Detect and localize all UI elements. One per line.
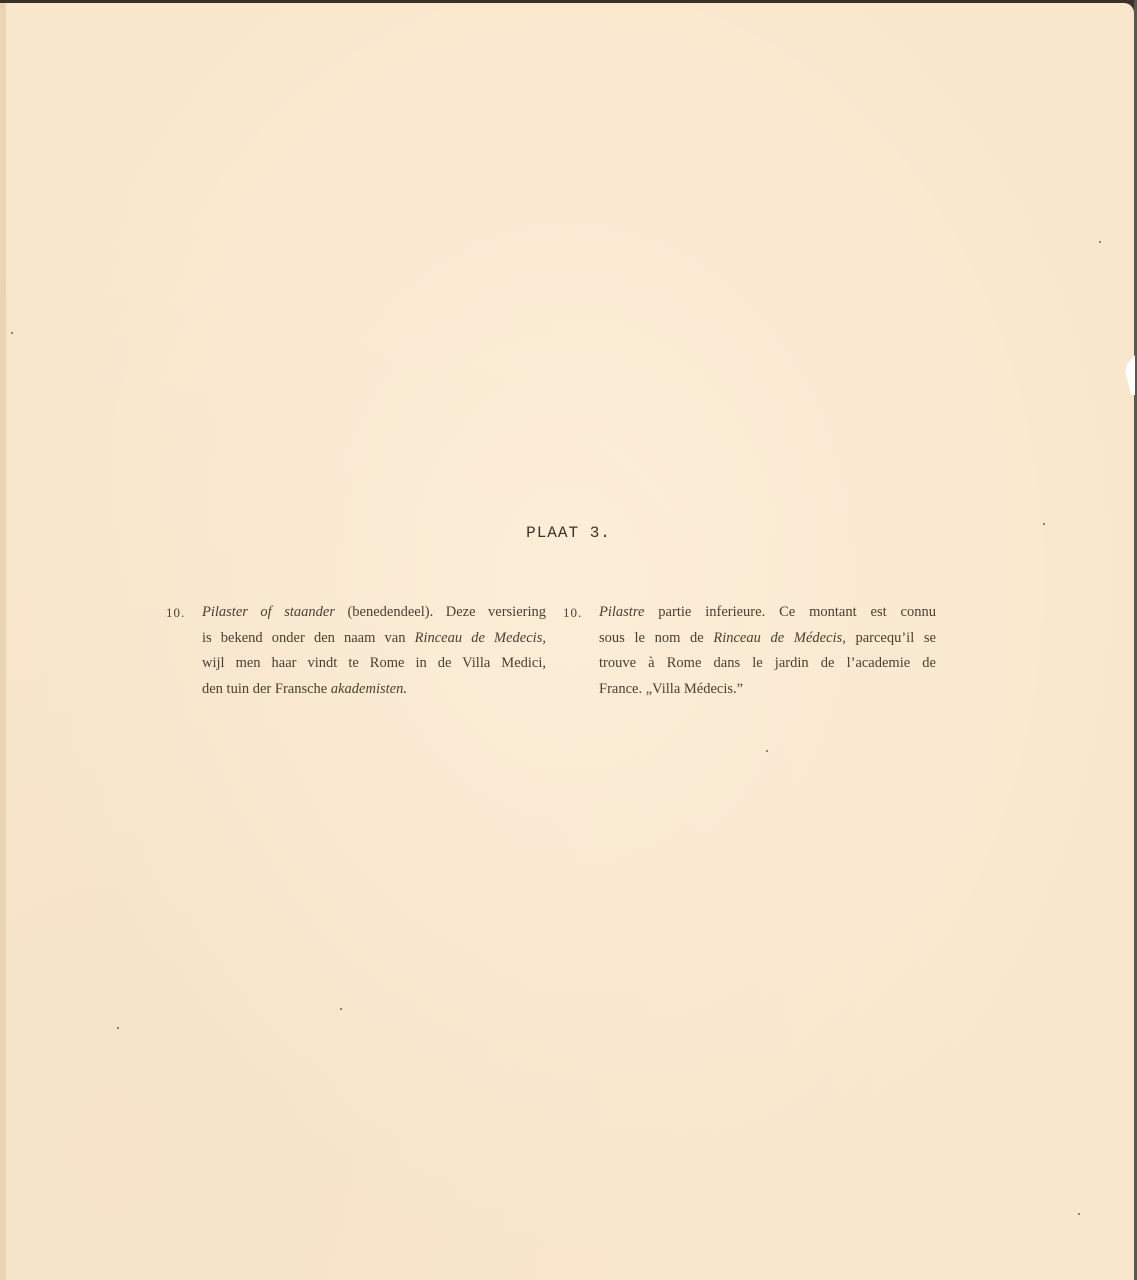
entry-text: Pilaster of staander (benedendeel). Deze… bbox=[202, 600, 546, 702]
text-line: wijl men haar vindt te Rome in de Villa … bbox=[202, 651, 546, 677]
text-run: (benedendeel). Deze versiering bbox=[335, 604, 546, 620]
entry-number: 10. bbox=[166, 600, 185, 626]
text-run: sous le nom de bbox=[599, 630, 713, 646]
french-column: 10. Pilastre partie inferieure. Ce monta… bbox=[563, 600, 936, 702]
text-run: , bbox=[542, 630, 546, 646]
italic-run: Rinceau de Medecis bbox=[415, 630, 543, 646]
italic-run: Rinceau de Médecis bbox=[713, 630, 842, 646]
text-line: France. „Villa Médecis.” bbox=[599, 677, 936, 703]
dust-speck bbox=[1099, 241, 1101, 243]
text-run: den tuin der Fransche bbox=[202, 681, 331, 697]
dust-speck bbox=[11, 332, 13, 334]
text-run: trouve à Rome dans le jardin de l’academ… bbox=[599, 655, 936, 671]
text-run: , parcequ’il se bbox=[842, 630, 936, 646]
dust-speck bbox=[1078, 1213, 1080, 1215]
text-run: France. „Villa Médecis.” bbox=[599, 681, 743, 697]
dutch-entry: 10. Pilaster of staander (benedendeel). … bbox=[166, 600, 546, 702]
text-line: is bekend onder den naam van Rinceau de … bbox=[202, 626, 546, 652]
text-line: sous le nom de Rinceau de Médecis, parce… bbox=[599, 626, 936, 652]
italic-run: Pilaster of staander bbox=[202, 604, 335, 620]
plate-heading: PLAAT 3. bbox=[0, 524, 1137, 542]
dust-speck bbox=[340, 1008, 342, 1010]
italic-run: akademisten. bbox=[331, 681, 407, 697]
french-entry: 10. Pilastre partie inferieure. Ce monta… bbox=[563, 600, 936, 702]
dust-speck bbox=[117, 1027, 119, 1029]
text-line: Pilastre partie inferieure. Ce montant e… bbox=[599, 600, 936, 626]
entry-number: 10. bbox=[563, 600, 582, 626]
text-run: wijl men haar vindt te Rome in de Villa … bbox=[202, 655, 546, 671]
text-run: is bekend onder den naam van bbox=[202, 630, 415, 646]
italic-run: Pilastre bbox=[599, 604, 644, 620]
entry-text: Pilastre partie inferieure. Ce montant e… bbox=[599, 600, 936, 702]
text-line: trouve à Rome dans le jardin de l’academ… bbox=[599, 651, 936, 677]
text-run: partie inferieure. Ce montant est connu bbox=[644, 604, 936, 620]
dutch-column: 10. Pilaster of staander (benedendeel). … bbox=[166, 600, 546, 702]
dust-speck bbox=[766, 750, 768, 752]
text-line: Pilaster of staander (benedendeel). Deze… bbox=[202, 600, 546, 626]
text-line: den tuin der Fransche akademisten. bbox=[202, 677, 546, 703]
